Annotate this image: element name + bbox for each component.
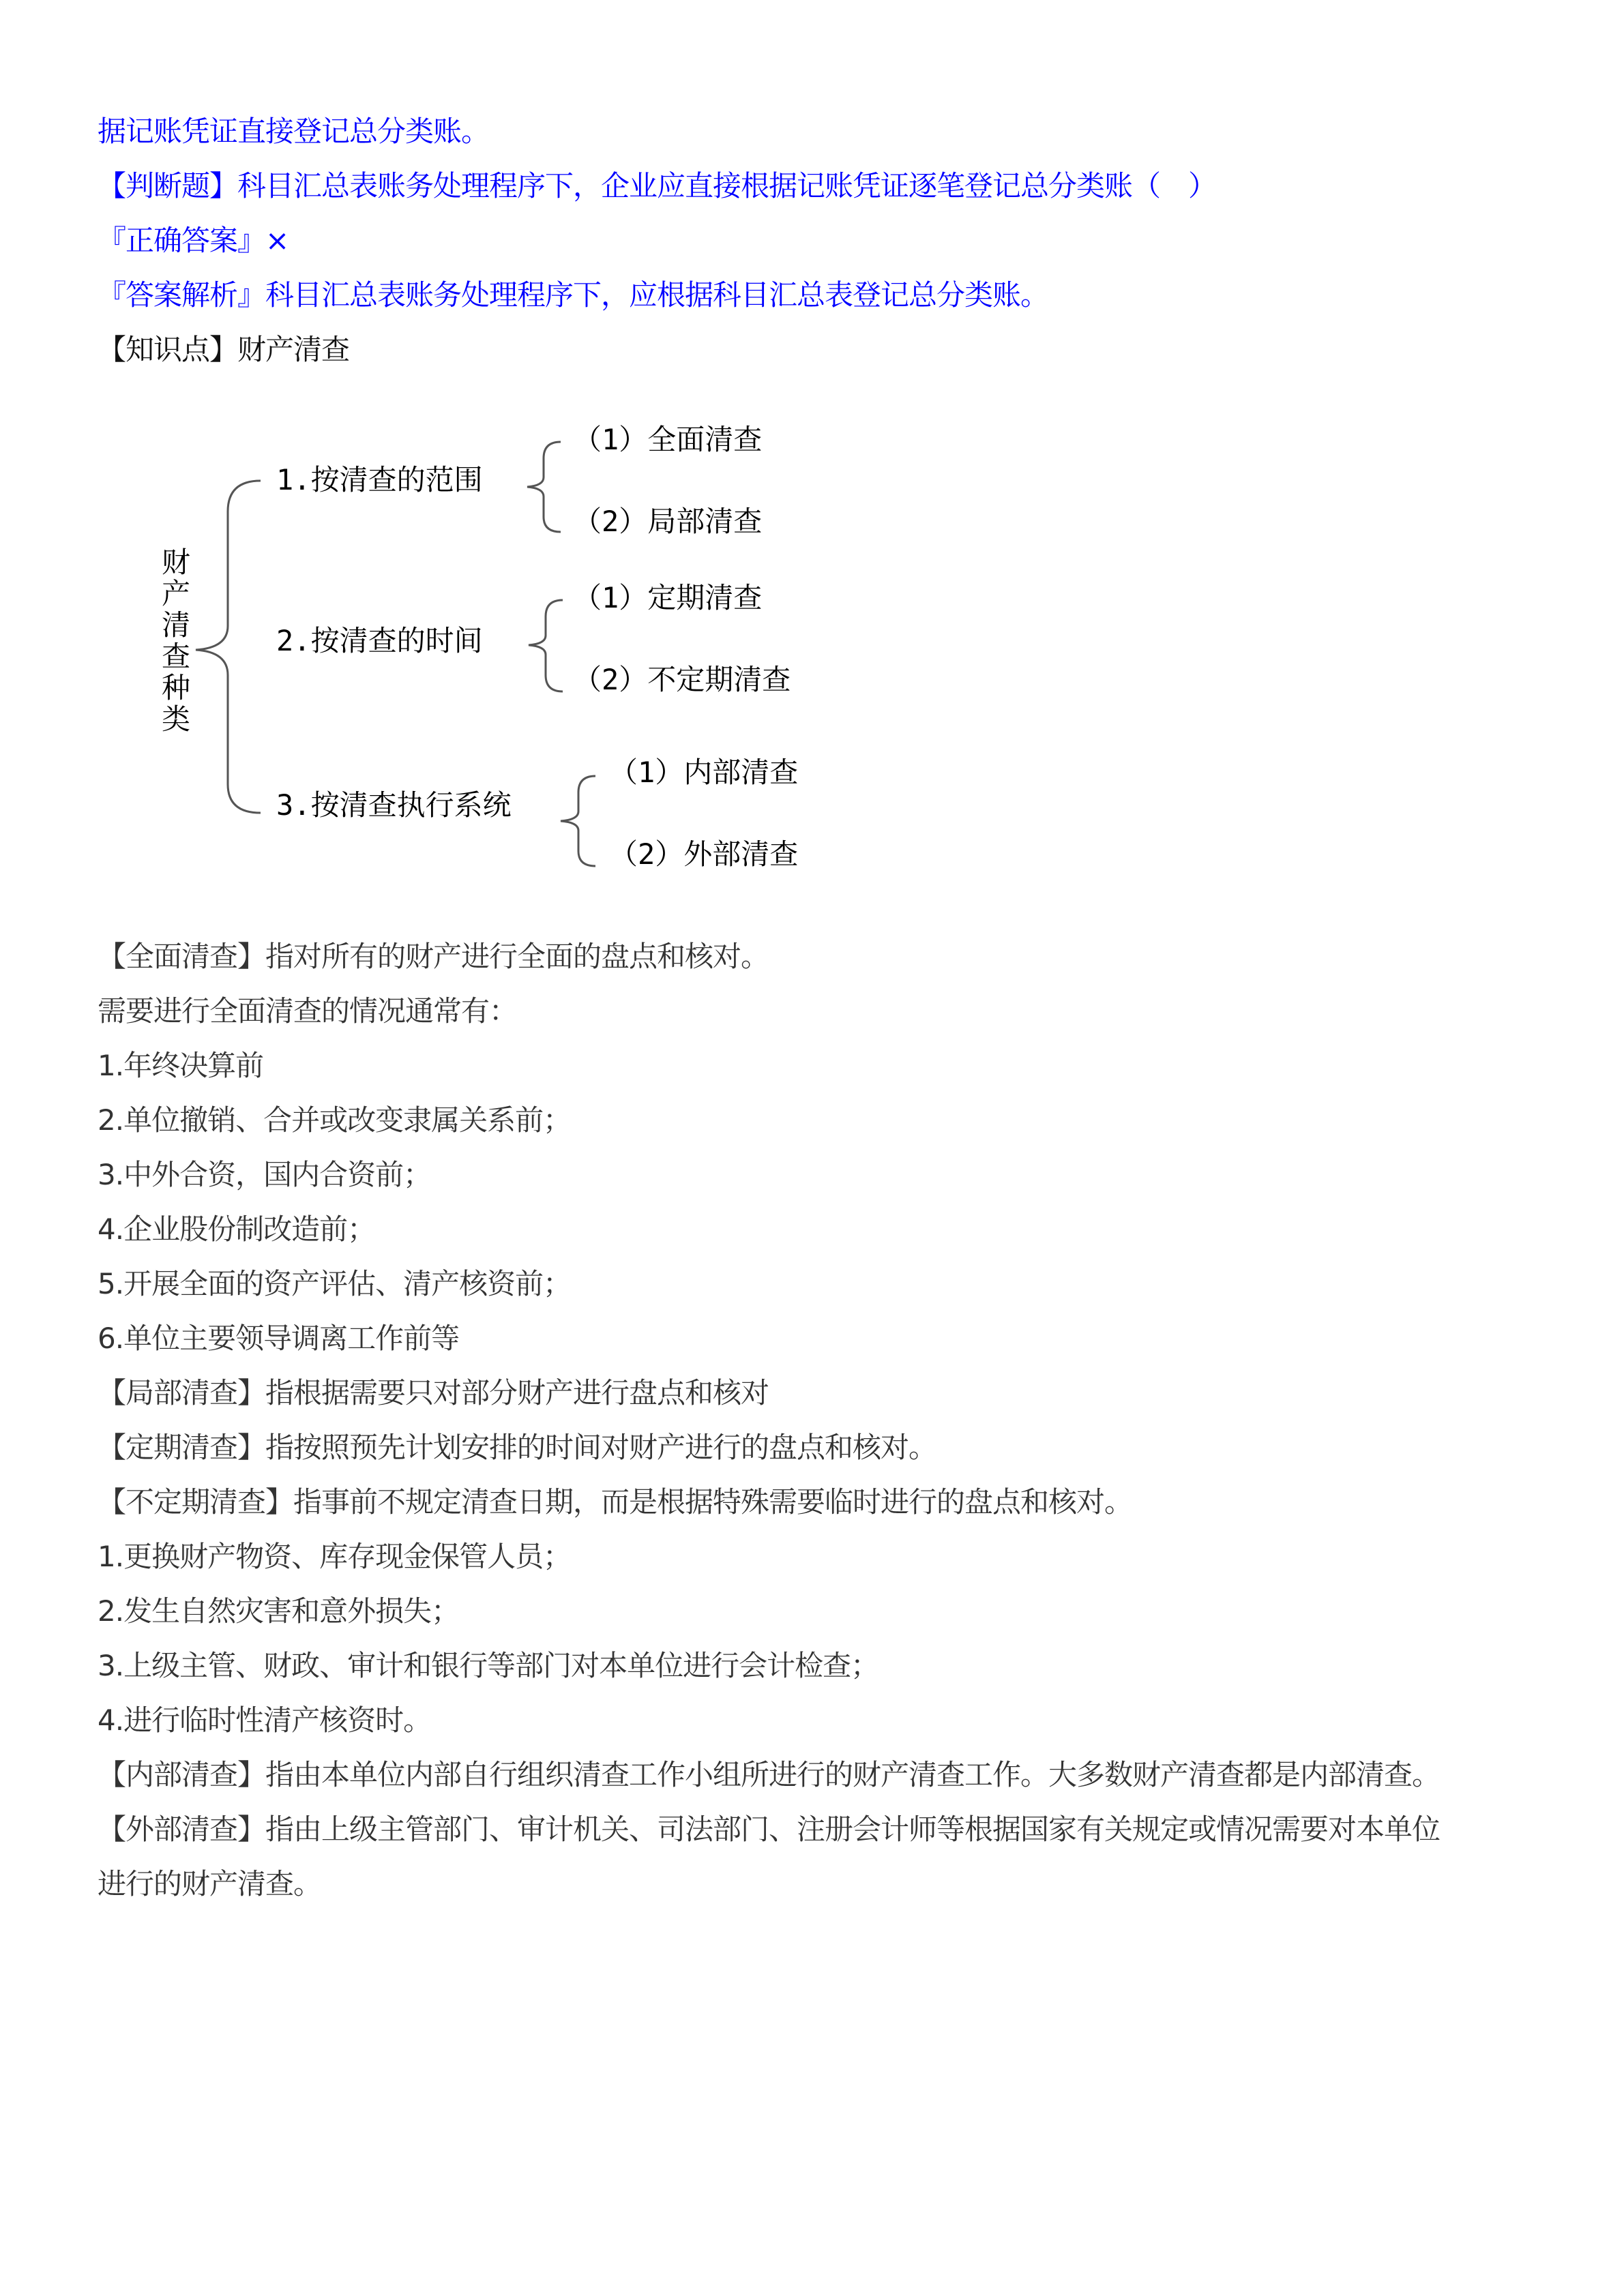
leaf-full-check: （1）全面清查 — [573, 423, 762, 456]
list-item: 1.更换财产物资、库存现金保管人员； — [98, 1536, 571, 1577]
list-item: 1.年终决算前 — [98, 1045, 263, 1086]
list-item: 3.上级主管、财政、审计和银行等部门对本单位进行会计检查； — [98, 1645, 879, 1686]
definition-nonperiodic-check: 【不定期清查】指事前不规定清查日期，而是根据特殊需要临时进行的盘点和核对。 — [98, 1482, 1132, 1523]
branch-time: 2.按清查的时间 — [276, 625, 483, 657]
list-item: 2.单位撤销、合并或改变隶属关系前； — [98, 1100, 571, 1141]
leaf-nonperiodic-check: （2）不定期清查 — [573, 664, 791, 696]
leaf-periodic-check: （1）定期清查 — [573, 582, 762, 614]
definition-periodic-check: 【定期清查】指按照预先计划安排的时间对财产进行的盘点和核对。 — [98, 1427, 936, 1468]
classification-diagram: 财 产 清 查 种 类 1.按清查的范围 （1）全面清查 （2）局部清查 2.按… — [0, 0, 887, 914]
full-check-intro: 需要进行全面清查的情况通常有： — [98, 991, 517, 1032]
branch-scope: 1.按清查的范围 — [276, 464, 483, 496]
list-item: 2.发生自然灾害和意外损失； — [98, 1591, 459, 1632]
definition-full-check: 【全面清查】指对所有的财产进行全面的盘点和核对。 — [98, 936, 769, 977]
leaf-internal-check: （1）内部清查 — [609, 756, 798, 789]
branch-execution-system: 3.按清查执行系统 — [276, 789, 512, 822]
definition-internal-check: 【内部清查】指由本单位内部自行组织清查工作小组所进行的财产清查工作。大多数财产清… — [98, 1755, 1440, 1795]
list-item: 6.单位主要领导调离工作前等 — [98, 1318, 459, 1359]
list-item: 4.企业股份制改造前； — [98, 1209, 375, 1250]
sub-brace-2-icon — [529, 600, 563, 691]
definition-external-check-cont: 进行的财产清查。 — [98, 1864, 321, 1905]
list-item: 3.中外合资，国内合资前； — [98, 1154, 431, 1195]
definition-external-check: 【外部清查】指由上级主管部门、审计机关、司法部门、注册会计师等根据国家有关规定或… — [98, 1809, 1440, 1850]
leaf-partial-check: （2）局部清查 — [573, 505, 762, 538]
sub-brace-1-icon — [527, 442, 561, 532]
list-item: 5.开展全面的资产评估、清产核资前； — [98, 1264, 571, 1304]
leaf-external-check: （2）外部清查 — [609, 838, 798, 871]
list-item: 4.进行临时性清产核资时。 — [98, 1700, 431, 1741]
definition-partial-check: 【局部清查】指根据需要只对部分财产进行盘点和核对 — [98, 1373, 769, 1414]
diagram-root-label: 财 产 清 查 种 类 — [160, 547, 192, 735]
main-brace-icon — [196, 481, 261, 813]
sub-brace-3-icon — [561, 776, 595, 866]
